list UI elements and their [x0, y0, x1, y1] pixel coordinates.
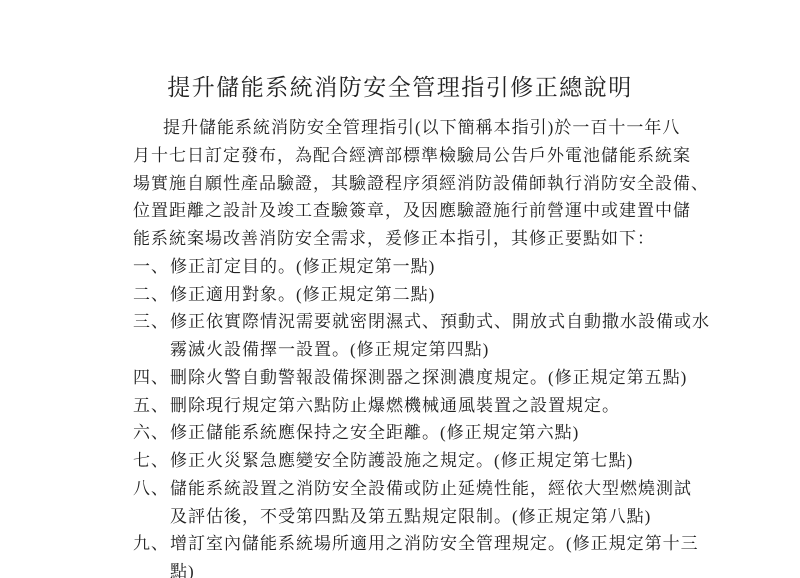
- list-item-1: 一、 修正訂定目的。(修正規定第一點): [133, 253, 711, 281]
- item-number: 六、: [133, 419, 170, 447]
- document-body: 提升儲能系統消防安全管理指引(以下簡稱本指引)於一百十一年八 月十七日訂定發布，…: [133, 114, 711, 578]
- document-page: 提升儲能系統消防安全管理指引修正總說明 提升儲能系統消防安全管理指引(以下簡稱本…: [0, 0, 800, 578]
- list-item-7: 七、 修正火災緊急應變安全防護設施之規定。(修正規定第七點): [133, 447, 711, 475]
- list-item-3: 三、 修正依實際情況需要就密閉濕式、預動式、開放式自動撒水設備或水 霧滅火設備擇…: [133, 308, 711, 364]
- item-text: 刪除火警自動警報設備探測器之探測濃度規定。(修正規定第五點): [170, 364, 711, 392]
- item-text: 修正訂定目的。(修正規定第一點): [170, 253, 711, 281]
- item-number: 四、: [133, 364, 170, 392]
- list-item-5: 五、 刪除現行規定第六點防止爆燃機械通風裝置之設置規定。: [133, 392, 711, 420]
- item-number: 五、: [133, 392, 170, 420]
- item-number: 三、: [133, 308, 170, 336]
- item-text: 修正依實際情況需要就密閉濕式、預動式、開放式自動撒水設備或水 霧滅火設備擇一設置…: [170, 308, 711, 364]
- item-text: 修正火災緊急應變安全防護設施之規定。(修正規定第七點): [170, 447, 711, 475]
- item-text: 增訂室內儲能系統場所適用之消防安全管理規定。(修正規定第十三 點): [170, 530, 711, 578]
- item-text: 修正儲能系統應保持之安全距離。(修正規定第六點): [170, 419, 711, 447]
- item-text: 刪除現行規定第六點防止爆燃機械通風裝置之設置規定。: [170, 392, 711, 420]
- item-number: 八、: [133, 475, 170, 503]
- intro-paragraph: 提升儲能系統消防安全管理指引(以下簡稱本指引)於一百十一年八 月十七日訂定發布，…: [133, 114, 711, 253]
- list-item-9: 九、 增訂室內儲能系統場所適用之消防安全管理規定。(修正規定第十三 點): [133, 530, 711, 578]
- item-text: 儲能系統設置之消防安全設備或防止延燒性能，經依大型燃燒測試 及評估後，不受第四點…: [170, 475, 711, 531]
- item-number: 七、: [133, 447, 170, 475]
- document-title: 提升儲能系統消防安全管理指引修正總說明: [0, 73, 800, 103]
- list-item-2: 二、 修正適用對象。(修正規定第二點): [133, 281, 711, 309]
- list-item-8: 八、 儲能系統設置之消防安全設備或防止延燒性能，經依大型燃燒測試 及評估後，不受…: [133, 475, 711, 531]
- list-item-4: 四、 刪除火警自動警報設備探測器之探測濃度規定。(修正規定第五點): [133, 364, 711, 392]
- item-number: 九、: [133, 530, 170, 558]
- item-text: 修正適用對象。(修正規定第二點): [170, 281, 711, 309]
- item-number: 一、: [133, 253, 170, 281]
- item-number: 二、: [133, 281, 170, 309]
- list-item-6: 六、 修正儲能系統應保持之安全距離。(修正規定第六點): [133, 419, 711, 447]
